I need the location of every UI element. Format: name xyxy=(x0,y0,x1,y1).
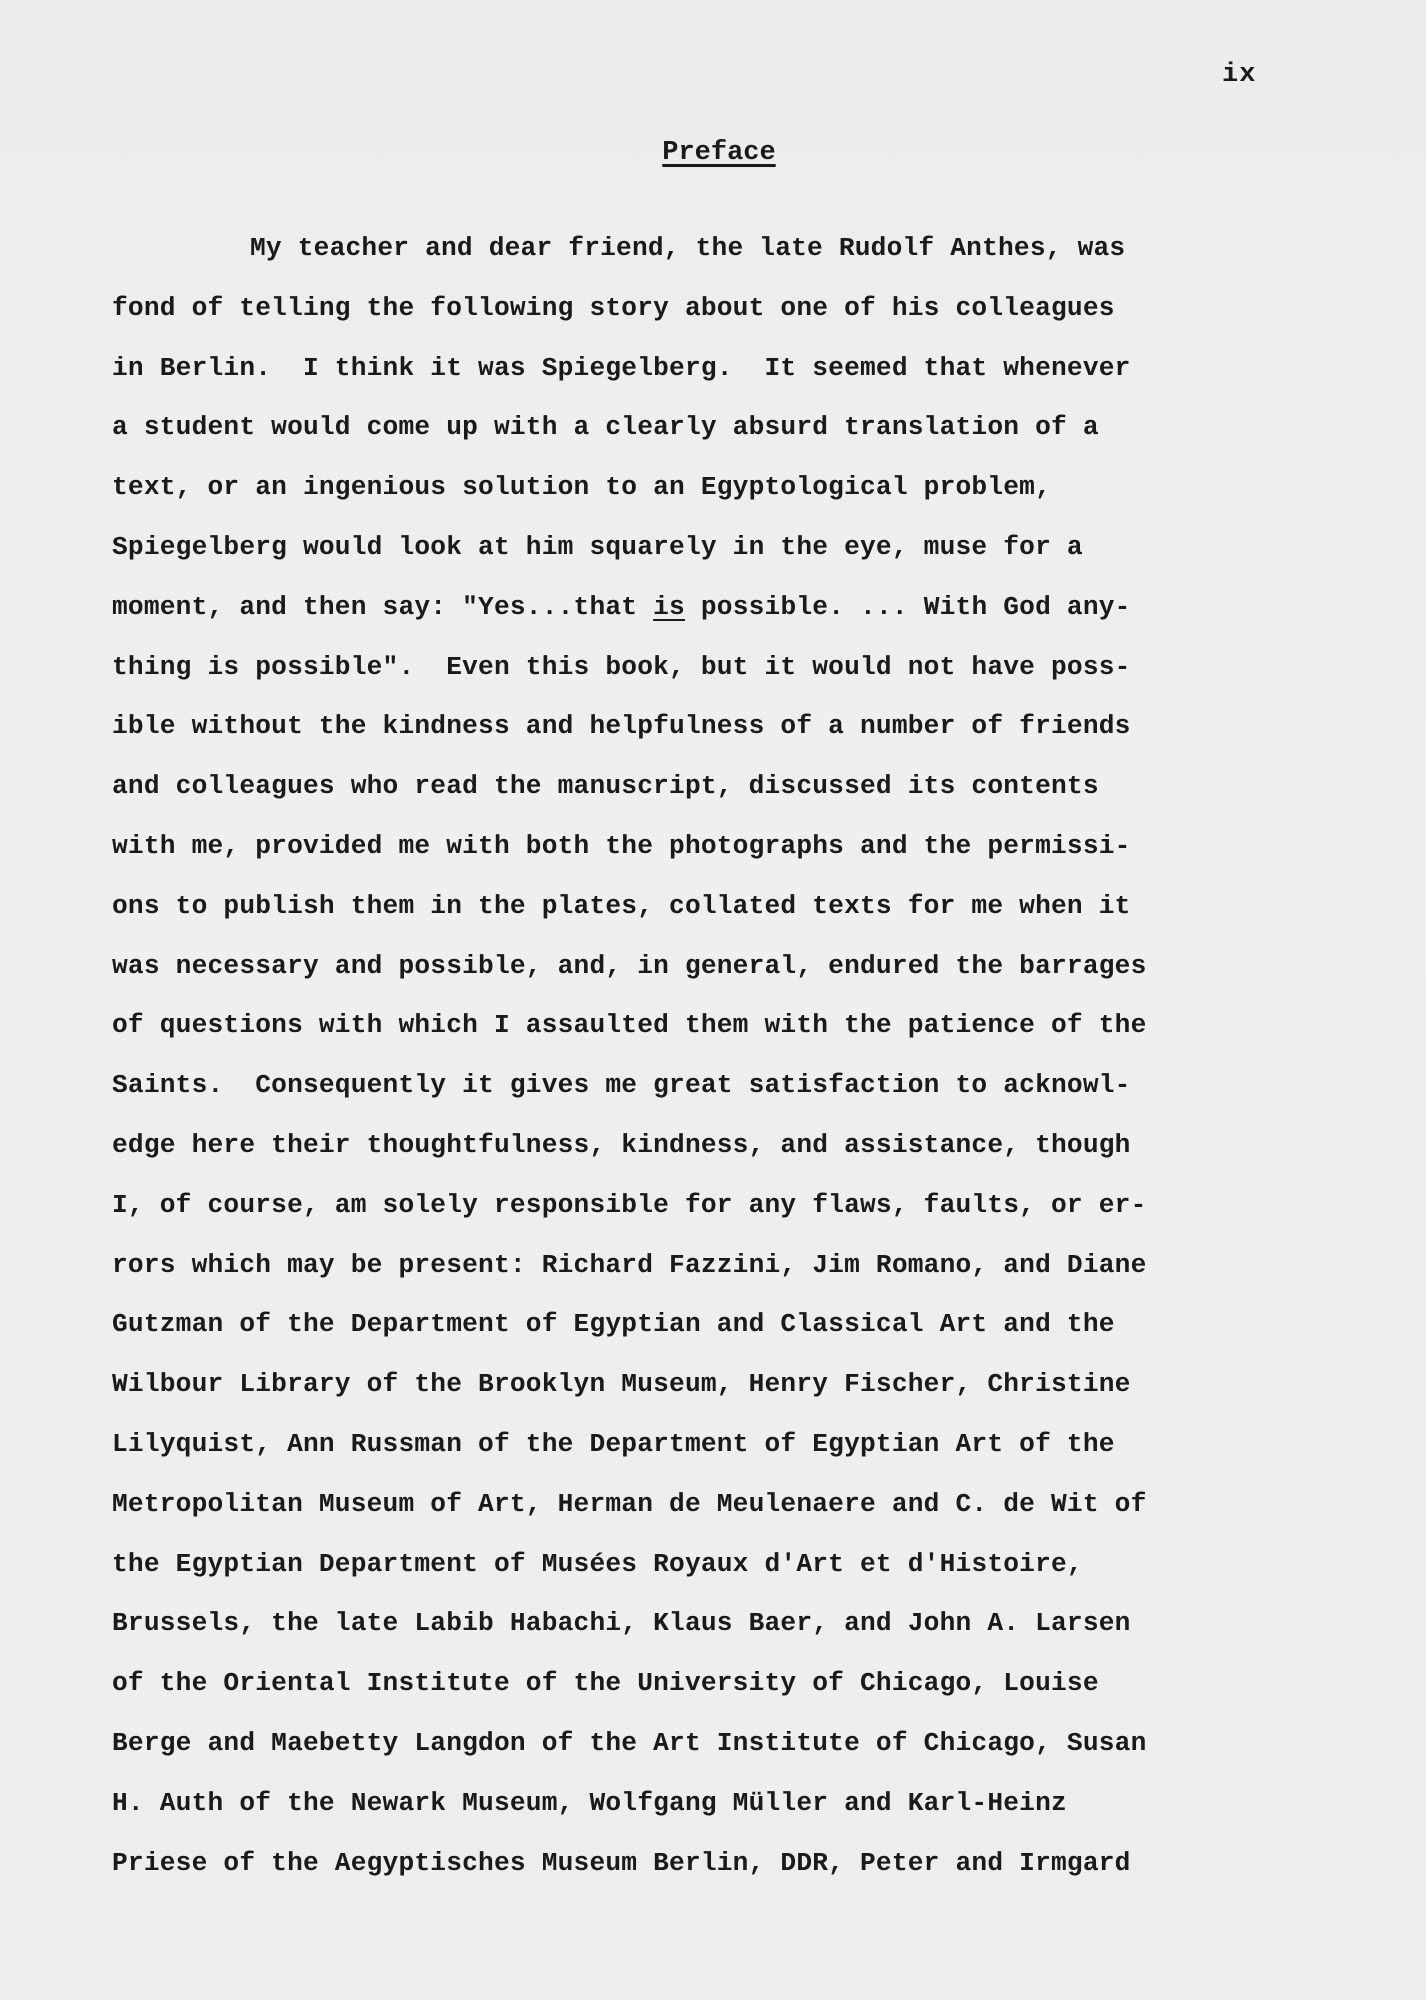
section-title-text: Preface xyxy=(650,138,775,168)
text-line: Saints. Consequently it gives me great s… xyxy=(112,1065,1332,1125)
text-line: text, or an ingenious solution to an Egy… xyxy=(112,467,1332,527)
text-line: edge here their thoughtfulness, kindness… xyxy=(112,1125,1332,1185)
text-line: moment, and then say: "Yes...that is pos… xyxy=(112,587,1332,647)
text-line: Spiegelberg would look at him squarely i… xyxy=(112,527,1332,587)
text-line: and colleagues who read the manuscript, … xyxy=(112,766,1332,826)
text-line: Lilyquist, Ann Russman of the Department… xyxy=(112,1424,1332,1484)
document-page: ix Preface My teacher and dear friend, t… xyxy=(0,0,1426,2000)
text-line: a student would come up with a clearly a… xyxy=(112,407,1332,467)
text-line: Gutzman of the Department of Egyptian an… xyxy=(112,1304,1332,1364)
text-line: Berge and Maebetty Langdon of the Art In… xyxy=(112,1723,1332,1783)
text-line: I, of course, am solely responsible for … xyxy=(112,1185,1332,1245)
text-line: in Berlin. I think it was Spiegelberg. I… xyxy=(112,348,1332,408)
text-line: Priese of the Aegyptisches Museum Berlin… xyxy=(112,1843,1332,1903)
text-line: of questions with which I assaulted them… xyxy=(112,1005,1332,1065)
section-title: Preface xyxy=(0,138,1426,168)
text-line: ons to publish them in the plates, colla… xyxy=(112,886,1332,946)
text-line: thing is possible". Even this book, but … xyxy=(112,647,1332,707)
text-line: was necessary and possible, and, in gene… xyxy=(112,946,1332,1006)
text-line: ible without the kindness and helpfulnes… xyxy=(112,706,1332,766)
text-line: fond of telling the following story abou… xyxy=(112,288,1332,348)
text-line: with me, provided me with both the photo… xyxy=(112,826,1332,886)
text-line: Wilbour Library of the Brooklyn Museum, … xyxy=(112,1364,1332,1424)
text-fragment: possible. ... With God any- xyxy=(685,592,1131,622)
text-line: Metropolitan Museum of Art, Herman de Me… xyxy=(112,1484,1332,1544)
text-line: rors which may be present: Richard Fazzi… xyxy=(112,1245,1332,1305)
preface-body: My teacher and dear friend, the late Rud… xyxy=(112,228,1332,1902)
text-line: of the Oriental Institute of the Univers… xyxy=(112,1663,1332,1723)
emphasized-word: is xyxy=(653,592,685,622)
text-line: H. Auth of the Newark Museum, Wolfgang M… xyxy=(112,1783,1332,1843)
text-line: My teacher and dear friend, the late Rud… xyxy=(112,228,1332,288)
page-number: ix xyxy=(1222,60,1256,90)
text-line: Brussels, the late Labib Habachi, Klaus … xyxy=(112,1603,1332,1663)
text-line: the Egyptian Department of Musées Royaux… xyxy=(112,1544,1332,1604)
text-fragment: moment, and then say: "Yes...that xyxy=(112,592,653,622)
